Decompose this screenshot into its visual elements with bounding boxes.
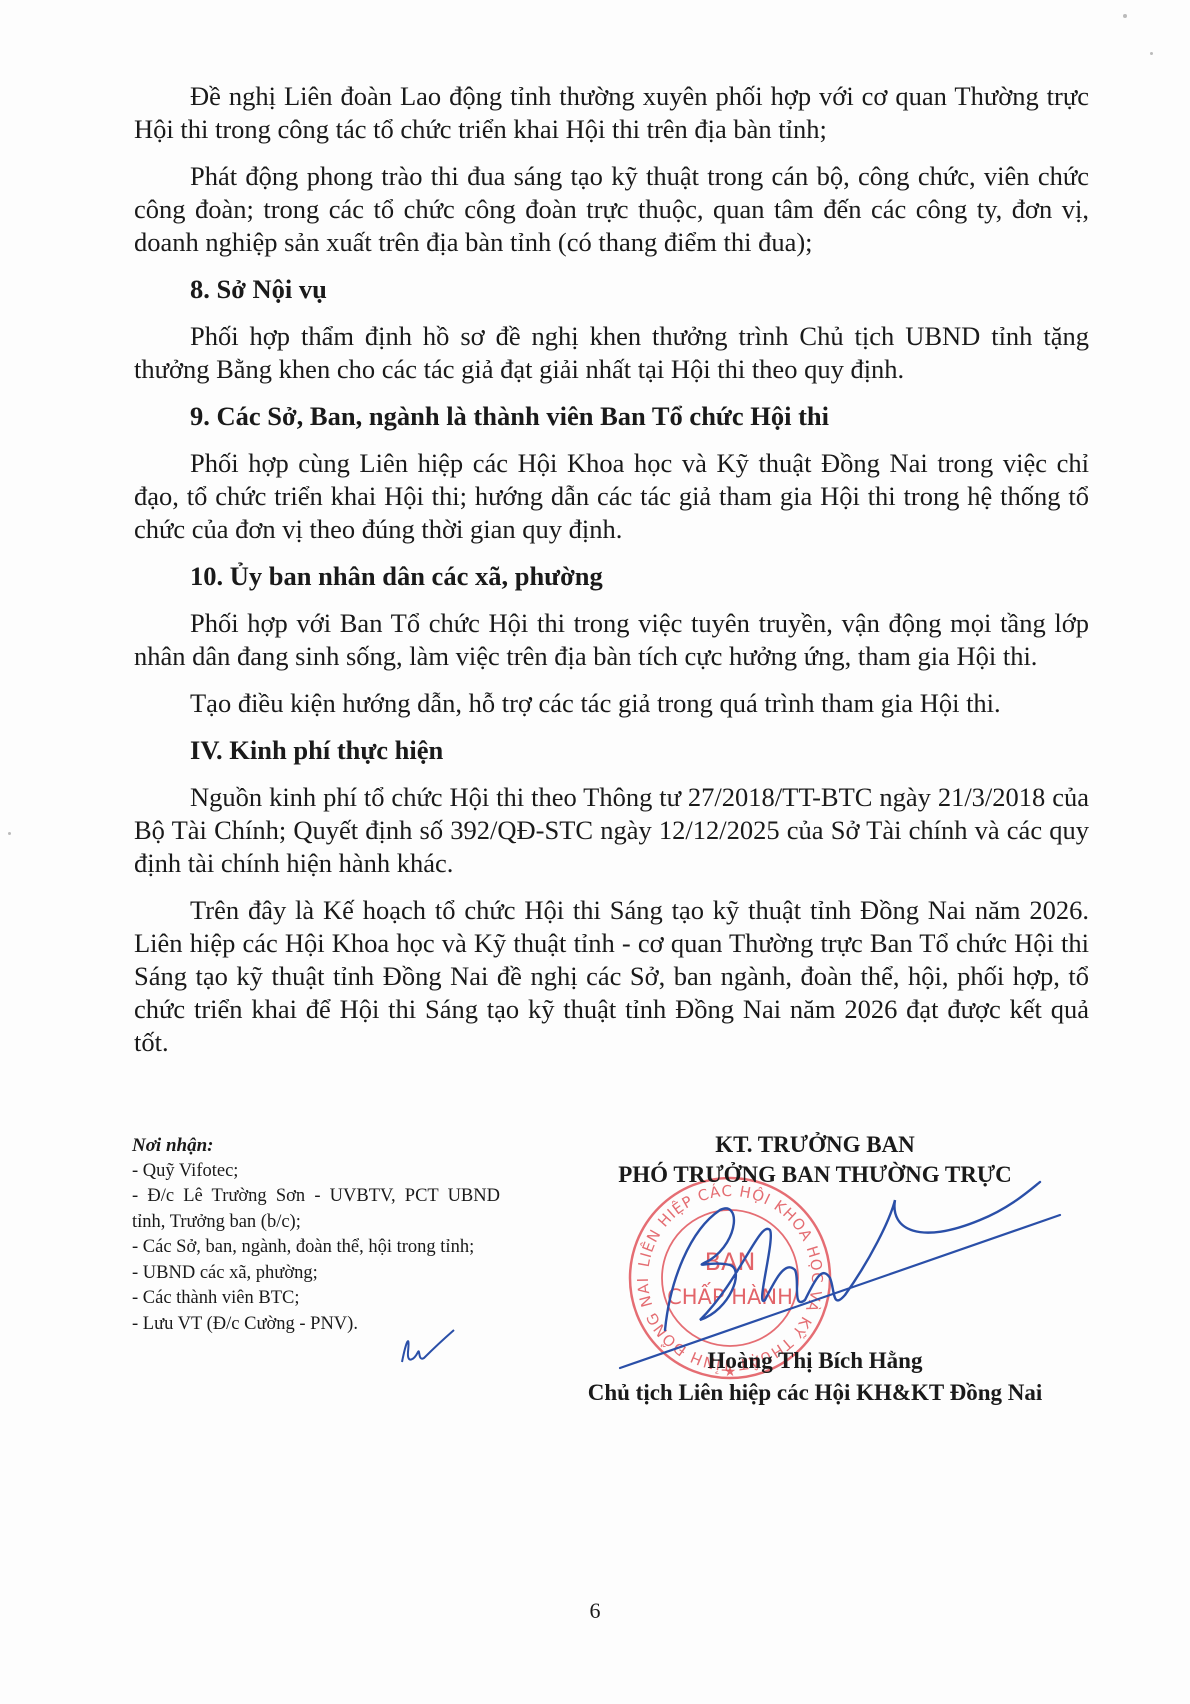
document-body: Đề nghị Liên đoàn Lao động tỉnh thường x… [134, 80, 1089, 1059]
recipients-block: Nơi nhận: - Quỹ Vifotec;- Đ/c Lê Trường … [132, 1133, 500, 1337]
paragraph-gap [134, 306, 1089, 320]
recipients-list: - Quỹ Vifotec;- Đ/c Lê Trường Sơn - UVBT… [132, 1159, 500, 1338]
section-heading: 10. Ủy ban nhân dân các xã, phường [134, 560, 1089, 593]
scan-speck [1150, 52, 1153, 55]
scan-speck [8, 832, 11, 835]
recipient-item: - Các thành viên BTC; [132, 1286, 500, 1312]
initials-mark-icon [398, 1322, 458, 1372]
recipients-title: Nơi nhận: [132, 1133, 500, 1159]
paragraph: Trên đây là Kế hoạch tổ chức Hội thi Sán… [134, 894, 1089, 1059]
paragraph-gap [134, 433, 1089, 447]
recipient-item: - UBND các xã, phường; [132, 1261, 500, 1287]
document-page: Đề nghị Liên đoàn Lao động tỉnh thường x… [0, 0, 1190, 1704]
paragraph-gap [134, 767, 1089, 781]
signer-name: Hoàng Thị Bích Hằng [545, 1348, 1085, 1374]
paragraph: Phối hợp với Ban Tổ chức Hội thi trong v… [134, 607, 1089, 673]
paragraph: Nguồn kinh phí tổ chức Hội thi theo Thôn… [134, 781, 1089, 880]
recipient-item: - Quỹ Vifotec; [132, 1159, 500, 1185]
paragraph: Đề nghị Liên đoàn Lao động tỉnh thường x… [134, 80, 1089, 146]
paragraph: Phát động phong trào thi đua sáng tạo kỹ… [134, 160, 1089, 259]
paragraph-gap [134, 386, 1089, 400]
section-heading: 9. Các Sở, Ban, ngành là thành viên Ban … [134, 400, 1089, 433]
section-heading: 8. Sở Nội vụ [134, 273, 1089, 306]
paragraph-gap [134, 880, 1089, 894]
page-number: 6 [0, 1598, 1190, 1624]
paragraph: Phối hợp cùng Liên hiệp các Hội Khoa học… [134, 447, 1089, 546]
paragraph: Tạo điều kiện hướng dẫn, hỗ trợ các tác … [134, 687, 1089, 720]
recipient-item: - Đ/c Lê Trường Sơn - UVBTV, PCT UBND tỉ… [132, 1184, 500, 1235]
paragraph-gap [134, 673, 1089, 687]
paragraph-gap [134, 146, 1089, 160]
signer-title: Chủ tịch Liên hiệp các Hội KH&KT Đồng Na… [545, 1380, 1085, 1406]
paragraph-gap [134, 593, 1089, 607]
paragraph: Phối hợp thẩm định hồ sơ đề nghị khen th… [134, 320, 1089, 386]
recipient-item: - Các Sở, ban, ngành, đoàn thể, hội tron… [132, 1235, 500, 1261]
paragraph-gap [134, 546, 1089, 560]
section-heading: IV. Kinh phí thực hiện [134, 734, 1089, 767]
paragraph-gap [134, 259, 1089, 273]
paragraph-gap [134, 720, 1089, 734]
signature-line1: KT. TRƯỞNG BAN [545, 1130, 1085, 1160]
scan-speck [1123, 14, 1127, 18]
